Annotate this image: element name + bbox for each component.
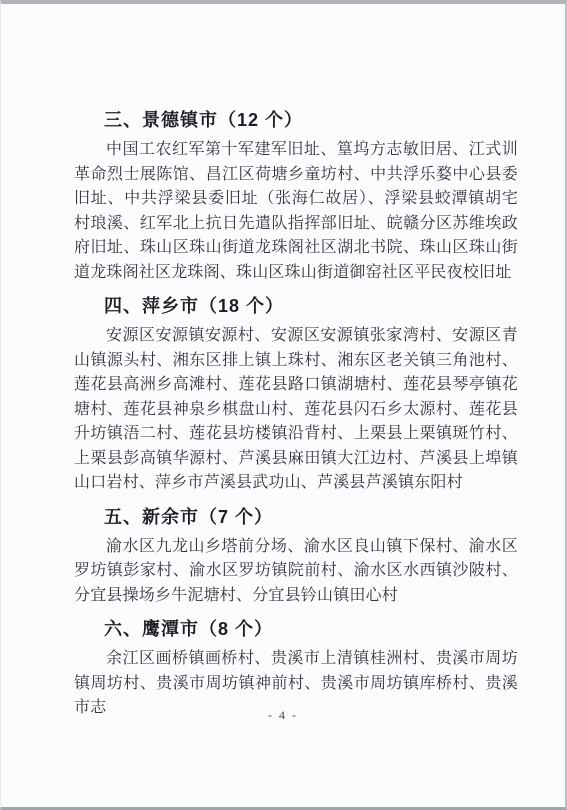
section-heading-yingtan: 六、鹰潭市（8 个） (104, 617, 518, 641)
document-page: 三、景德镇市（12 个） 中国工农红军第十军建军旧址、篁坞方志敏旧居、江式训革命… (0, 0, 567, 810)
section-heading-xinyu: 五、新余市（7 个） (104, 505, 518, 529)
page-number: - 4 - (1, 708, 565, 723)
section-body-jingdezhen: 中国工农红军第十军建军旧址、篁坞方志敏旧居、江式训革命烈士展陈馆、昌江区荷塘乡童… (74, 138, 518, 285)
section-heading-pingxiang: 四、萍乡市（18 个） (104, 294, 518, 318)
section-body-pingxiang: 安源区安源镇安源村、安源区安源镇张家湾村、安源区青山镇源头村、湘东区排上镇上珠村… (74, 324, 518, 496)
document-content: 三、景德镇市（12 个） 中国工农红军第十军建军旧址、篁坞方志敏旧居、江式训革命… (1, 4, 565, 721)
section-body-xinyu: 渝水区九龙山乡塔前分场、渝水区良山镇下保村、渝水区罗坊镇彭家村、渝水区罗坊镇院前… (74, 535, 518, 609)
section-heading-jingdezhen: 三、景德镇市（12 个） (104, 108, 518, 132)
